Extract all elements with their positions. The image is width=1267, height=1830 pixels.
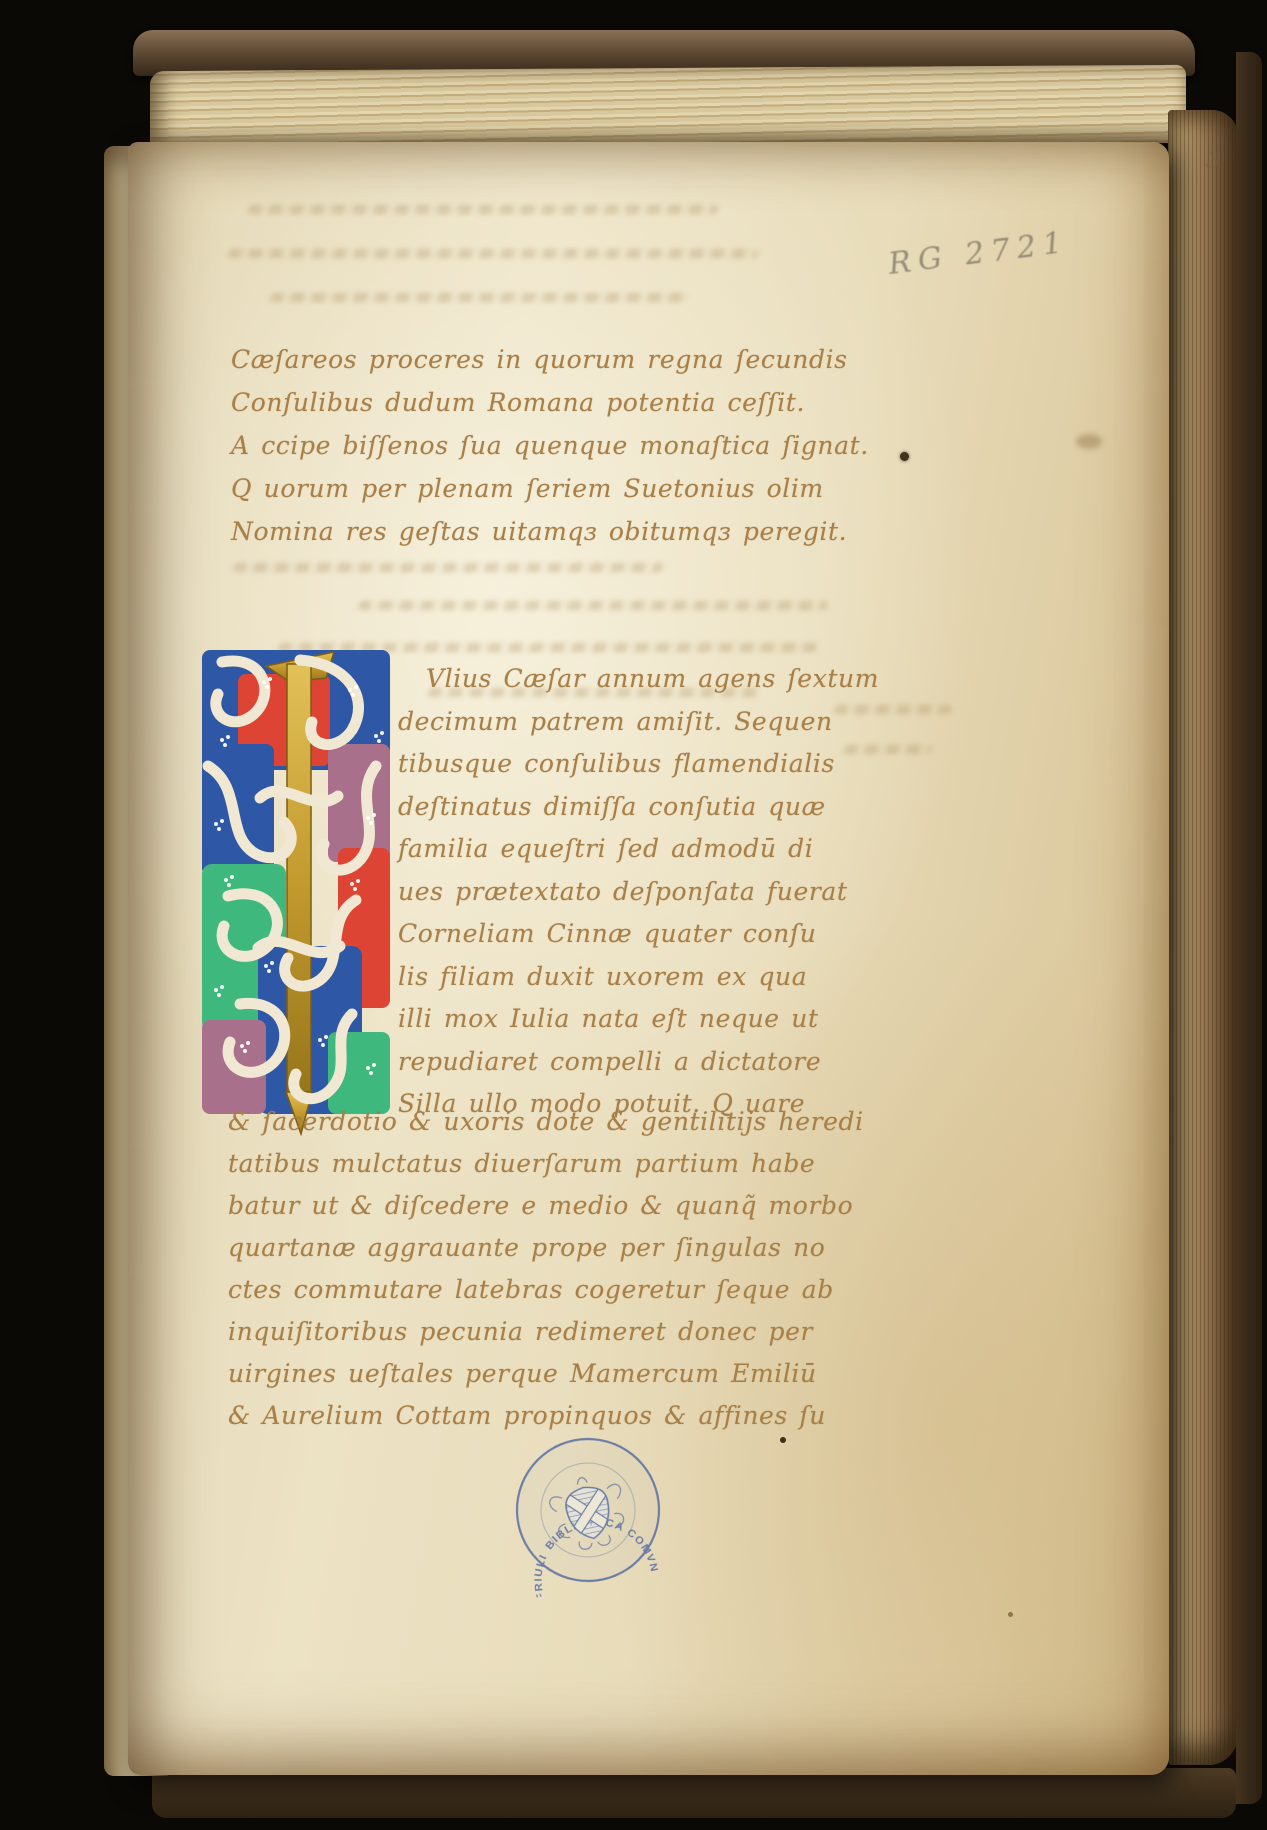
page-stack-top-edge (150, 65, 1186, 149)
book-cover-right (1236, 52, 1262, 1804)
show-through-line (232, 563, 663, 573)
text-line: inquiſitoribus pecunia redimeret donec p… (228, 1311, 864, 1353)
verse-line: Q uorum per plenam ſeriem Suetonius olim (231, 467, 869, 510)
text-block-full-width: & ſacerdotio & uxoris dote & gentilitijs… (228, 1101, 864, 1437)
book-cover-bottom (152, 1768, 1236, 1818)
text-line: quartanæ aggrauante prope per ſingulas n… (228, 1227, 864, 1269)
stain (1076, 434, 1102, 449)
text-line: & Aurelium Cottam propinquos & affines ſ… (228, 1395, 864, 1437)
text-line: batur ut & diſcedere e medio & quanq̃ mo… (228, 1185, 864, 1227)
ink-dot (1008, 1612, 1013, 1617)
verse-block: Cæſareos proceres in quorum regna ſecund… (231, 338, 869, 553)
verse-line: A ccipe biſſenos ſua quenque monaſtica ſ… (231, 424, 869, 467)
text-line: uirgines ueſtales perque Mamercum Emiliū (228, 1353, 864, 1395)
verse-line: Nomina res geſtas uitamqɜ obitumqɜ pereg… (231, 510, 869, 553)
folio-number: 3 (1205, 147, 1222, 174)
page-stack-fore-edge (1168, 110, 1238, 1765)
manuscript-photo: 3 RG 2721 Cæſareos proceres in quorum re… (0, 0, 1267, 1830)
text-line: & ſacerdotio & uxoris dote & gentilitijs… (228, 1101, 864, 1143)
text-line: tatibus mulctatus diuerſarum partium hab… (228, 1143, 864, 1185)
verse-line: Conſulibus dudum Romana potentia ceſſit. (231, 381, 869, 424)
ink-dot (780, 1437, 786, 1443)
shelfmark-inscription: RG 2721 (887, 225, 1071, 282)
text-line: decimum patrem amiſit. Sequen (398, 701, 879, 744)
show-through-line (357, 601, 828, 611)
text-line: Vlius Cæſar annum agens ſextum (398, 658, 879, 701)
text-line: ues prætextato deſponſata fuerat (398, 871, 879, 914)
text-line: illi mox Iulia nata eſt neque ut (398, 998, 879, 1041)
text-line: deſtinatus dimiſſa conſutia quæ (398, 786, 879, 829)
show-through-line (269, 293, 690, 303)
text-line: repudiaret compelli a dictatore (398, 1041, 879, 1084)
text-block-beside-initial: Vlius Cæſar annum agens ſextum decimum p… (398, 658, 879, 1126)
text-line: tibusque conſulibus flamendialis (398, 743, 879, 786)
parchment-page: RG 2721 Cæſareos proceres in quorum regn… (128, 142, 1169, 1775)
library-stamp: BIBLIOTECA COMVNALE DI S. DANIELE DEL FR… (499, 1421, 677, 1599)
verse-line: Cæſareos proceres in quorum regna ſecund… (231, 338, 869, 381)
text-line: Corneliam Cinnæ quater conſu (398, 913, 879, 956)
text-line: familia equeſtri ſed admodū di (398, 828, 879, 871)
text-line: ctes commutare latebras cogeretur ſeque … (228, 1269, 864, 1311)
ink-stain (900, 452, 909, 461)
illuminated-initial (200, 648, 392, 1136)
show-through-line (227, 249, 758, 259)
text-line: lis filiam duxit uxorem ex qua (398, 956, 879, 999)
show-through-line (247, 205, 718, 215)
